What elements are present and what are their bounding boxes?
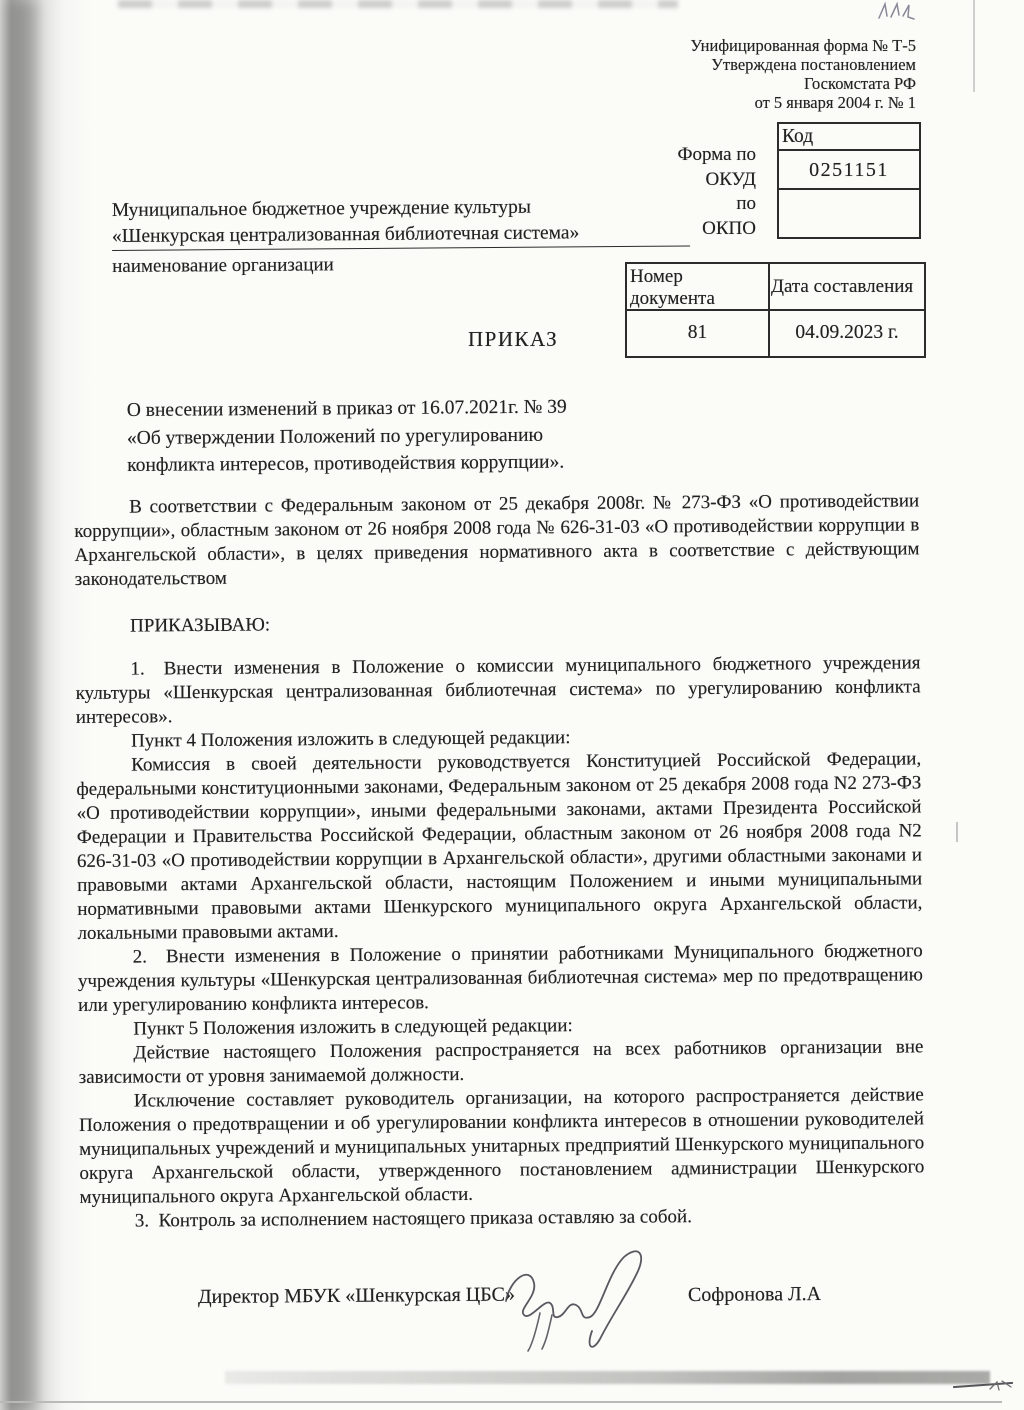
form-header-line: Госкомстата РФ [690, 74, 916, 93]
doc-number-header: Номер документа [627, 264, 770, 311]
handwritten-bottom-mark [988, 1378, 1016, 1394]
signature-name: Софронова Л.А [688, 1283, 821, 1307]
order-body: В соответствии с Федеральным законом от … [74, 489, 925, 1234]
signature-position-label: Директор МБУК «Шенкурская ЦБС» [198, 1284, 515, 1309]
scan-edge-line [973, 0, 975, 92]
subject-line: О внесении изменений в приказ от 16.07.2… [127, 394, 567, 425]
komissiya-paragraph: Комиссия в своей деятельности руководств… [76, 747, 922, 946]
code-table-header: Код [779, 124, 919, 151]
subject-line: «Об утверждении Положений по урегулирова… [127, 421, 567, 452]
okpo-code-cell [779, 190, 919, 237]
scan-smudge-top [118, 0, 678, 8]
handwritten-signature [500, 1243, 690, 1353]
scan-edge-dash [956, 822, 958, 842]
form-header-line: Утверждена постановлением [690, 55, 916, 74]
subject-line: конфликта интересов, противодействия кор… [127, 449, 567, 480]
organization-block: Муниципальное бюджетное учреждение культ… [112, 193, 691, 279]
prikazyvayu-heading: ПРИКАЗЫВАЮ: [75, 608, 920, 639]
organization-caption: наименование организации [112, 246, 690, 279]
form-header: Унифицированная форма № Т-5 Утверждена п… [690, 36, 916, 112]
isklyuchenie-paragraph: Исключение составляет руководитель орган… [79, 1083, 925, 1210]
doc-date-value: 04.09.2023 г. [770, 311, 924, 356]
form-header-line: от 5 января 2004 г. № 1 [690, 93, 916, 112]
okud-code-cell: 0251151 [779, 151, 919, 190]
document-title: ПРИКАЗ [468, 327, 558, 352]
doc-number-value: 81 [627, 311, 770, 356]
handwritten-page-mark [876, 1, 922, 23]
order-item-1: 1. Внести изменения в Положение о комисс… [75, 651, 921, 730]
okud-label: ОКУД [678, 168, 756, 193]
scanned-order-document: Унифицированная форма № Т-5 Утверждена п… [0, 0, 1024, 1410]
okud-label: Форма по [678, 143, 756, 168]
deystvie-paragraph: Действие настоящего Положения распростра… [78, 1035, 923, 1090]
document-meta-table: Номер документа Дата составления 81 04.0… [625, 262, 926, 358]
scan-smudge-bottom [225, 1371, 990, 1384]
order-item-2: 2. Внести изменения в Положение о принят… [78, 939, 924, 1018]
scan-page-edge-line [0, 1401, 1002, 1403]
form-header-line: Унифицированная форма № Т-5 [690, 36, 916, 55]
scan-shadow-core [7, 0, 37, 1410]
order-subject: О внесении изменений в приказ от 16.07.2… [127, 394, 568, 480]
intro-paragraph: В соответствии с Федеральным законом от … [74, 489, 920, 592]
doc-date-header: Дата составления [770, 264, 924, 311]
code-table: Код 0251151 [777, 122, 921, 239]
